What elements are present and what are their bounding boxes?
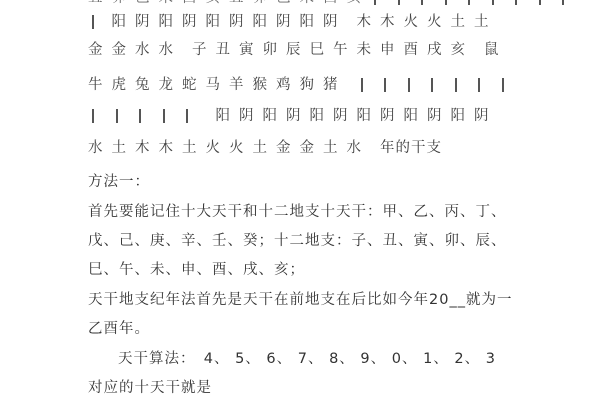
paragraph-stem-calc-line-2: 对应的十天干就是	[88, 376, 212, 400]
paragraph-stem-calc-line-1: 天干算法： 4、 5、 6、 7、 8、 9、 0、 1、 2、 3	[88, 347, 496, 371]
clipped-cell: 巳	[276, 0, 300, 10]
clipped-cell: 卯	[112, 0, 136, 10]
clipped-cell: 未	[300, 0, 324, 10]
yinyang-cell: 阳	[112, 10, 136, 34]
yinyang-cell: 阴	[427, 104, 451, 128]
vertical-bar-mark	[361, 78, 363, 92]
clipped-cell: 酉	[323, 0, 347, 10]
vertical-bar-mark	[562, 0, 564, 5]
vertical-bar-mark	[431, 78, 433, 92]
yinyang-cell: 阳	[357, 104, 381, 128]
yinyang-cell: 阳	[310, 104, 334, 128]
animal-cell: 狗	[300, 73, 324, 97]
element-cell: 木	[380, 10, 404, 34]
element-cell: 土	[253, 136, 277, 160]
branch-cell: 午	[333, 38, 357, 62]
branch-cell: 子	[192, 38, 216, 62]
element-cell: 金	[88, 38, 112, 62]
vertical-bar-mark	[502, 78, 504, 92]
animal-cell: 虎	[112, 73, 136, 97]
clipped-cell: 丑	[229, 0, 253, 10]
yinyang-cell: 阳	[159, 10, 183, 34]
yinyang-cell: 阴	[474, 104, 498, 128]
method-title: 方法一：	[88, 170, 150, 194]
vertical-bar-mark	[445, 0, 447, 5]
vertical-bar-mark	[186, 109, 188, 123]
element-cell: 水	[159, 38, 183, 62]
clipped-cell: 卯	[253, 0, 277, 10]
element-cell: 火	[206, 136, 230, 160]
animal-cell: 鼠	[484, 38, 508, 62]
table-row-yinyang-elements: 阳阴阳阴阳阴阳阴阳阴木木火火土土	[88, 10, 498, 34]
element-cell: 木	[159, 136, 183, 160]
paragraph-year-method-line-2: 乙酉年。	[88, 317, 150, 341]
animal-cell: 羊	[229, 73, 253, 97]
element-cell: 水	[135, 38, 159, 62]
paragraph-stems-line-3: 巳、午、未、申、酉、戌、亥；	[88, 258, 305, 282]
vertical-bar-mark	[478, 78, 480, 92]
branch-cell: 申	[380, 38, 404, 62]
yinyang-cell: 阴	[239, 104, 263, 128]
element-cell: 土	[451, 10, 475, 34]
animal-cell: 龙	[159, 73, 183, 97]
clipped-cell: 酉	[182, 0, 206, 10]
yinyang-cell: 阳	[206, 10, 230, 34]
element-cell: 木	[135, 136, 159, 160]
yinyang-cell: 阳	[263, 104, 287, 128]
vertical-bar-mark	[163, 109, 165, 123]
animal-cell: 兔	[135, 73, 159, 97]
branch-cell: 辰	[286, 38, 310, 62]
element-cell: 火	[427, 10, 451, 34]
row-caption: 年的干支	[380, 136, 442, 160]
clipped-cell: 巳	[135, 0, 159, 10]
branch-cell: 酉	[404, 38, 428, 62]
table-row-animals: 牛虎兔龙蛇马羊猴鸡狗猪	[88, 73, 521, 97]
element-cell: 金	[300, 136, 324, 160]
vertical-bar-mark	[468, 0, 470, 5]
element-cell: 水	[347, 136, 371, 160]
table-row-elements-branches: 金金水水子丑寅卯辰巳午未申酉戌亥鼠	[88, 38, 508, 62]
animal-cell: 鸡	[276, 73, 300, 97]
vertical-bar-mark	[515, 0, 517, 5]
branch-cell: 戌	[427, 38, 451, 62]
paragraph-year-method-line-1: 天干地支纪年法首先是天干在前地支在后比如今年20__就为一	[88, 288, 512, 312]
element-cell: 金	[276, 136, 300, 160]
clipped-cell: 丑	[88, 0, 112, 10]
animal-cell: 蛇	[182, 73, 206, 97]
element-cell: 火	[229, 136, 253, 160]
clipped-top-row: 丑卯巳未酉亥丑卯巳未酉亥	[88, 0, 582, 10]
vertical-bar-mark	[421, 0, 423, 5]
yinyang-cell: 阴	[229, 10, 253, 34]
animal-cell: 猴	[253, 73, 277, 97]
yinyang-cell: 阳	[404, 104, 428, 128]
clipped-cell: 未	[159, 0, 183, 10]
branch-cell: 未	[357, 38, 381, 62]
yinyang-cell: 阴	[276, 10, 300, 34]
yinyang-cell: 阳	[216, 104, 240, 128]
element-cell: 火	[404, 10, 428, 34]
paragraph-stems-line-1: 首先要能记住十大天干和十二地支十天干：甲、乙、丙、丁、	[88, 200, 507, 224]
vertical-bar-mark	[374, 0, 376, 5]
branch-cell: 巳	[310, 38, 334, 62]
element-cell: 土	[323, 136, 347, 160]
yinyang-cell: 阴	[182, 10, 206, 34]
yinyang-cell: 阴	[333, 104, 357, 128]
yinyang-cell: 阴	[135, 10, 159, 34]
vertical-bar-mark	[455, 78, 457, 92]
branch-cell: 卯	[263, 38, 287, 62]
vertical-bar-mark	[408, 78, 410, 92]
yinyang-cell: 阳	[451, 104, 475, 128]
table-row-elements-caption: 水土木木土火火土金金土水年的干支	[88, 136, 442, 160]
vertical-bar-mark	[92, 109, 94, 123]
yinyang-cell: 阴	[286, 104, 310, 128]
branch-cell: 亥	[451, 38, 475, 62]
vertical-bar-mark	[384, 78, 386, 92]
branch-cell: 丑	[216, 38, 240, 62]
element-cell: 金	[112, 38, 136, 62]
animal-cell: 猪	[323, 73, 347, 97]
vertical-bar-mark	[92, 15, 94, 29]
vertical-bar-mark	[492, 0, 494, 5]
animal-cell: 牛	[88, 73, 112, 97]
table-row-yinyang: 阳阴阳阴阳阴阳阴阳阴阳阴	[88, 104, 498, 128]
element-cell: 土	[474, 10, 498, 34]
vertical-bar-mark	[116, 109, 118, 123]
vertical-bar-mark	[539, 0, 541, 5]
vertical-bar-mark	[139, 109, 141, 123]
element-cell: 水	[88, 136, 112, 160]
yinyang-cell: 阳	[300, 10, 324, 34]
clipped-cell: 亥	[347, 0, 371, 10]
yinyang-cell: 阴	[380, 104, 404, 128]
element-cell: 土	[112, 136, 136, 160]
vertical-bar-mark	[398, 0, 400, 5]
element-cell: 木	[357, 10, 381, 34]
yinyang-cell: 阳	[253, 10, 277, 34]
animal-cell: 马	[206, 73, 230, 97]
paragraph-stems-line-2: 戊、己、庚、辛、壬、癸；十二地支：子、丑、寅、卯、辰、	[88, 229, 507, 253]
element-cell: 土	[182, 136, 206, 160]
branch-cell: 寅	[239, 38, 263, 62]
yinyang-cell: 阴	[323, 10, 347, 34]
clipped-cell: 亥	[206, 0, 230, 10]
